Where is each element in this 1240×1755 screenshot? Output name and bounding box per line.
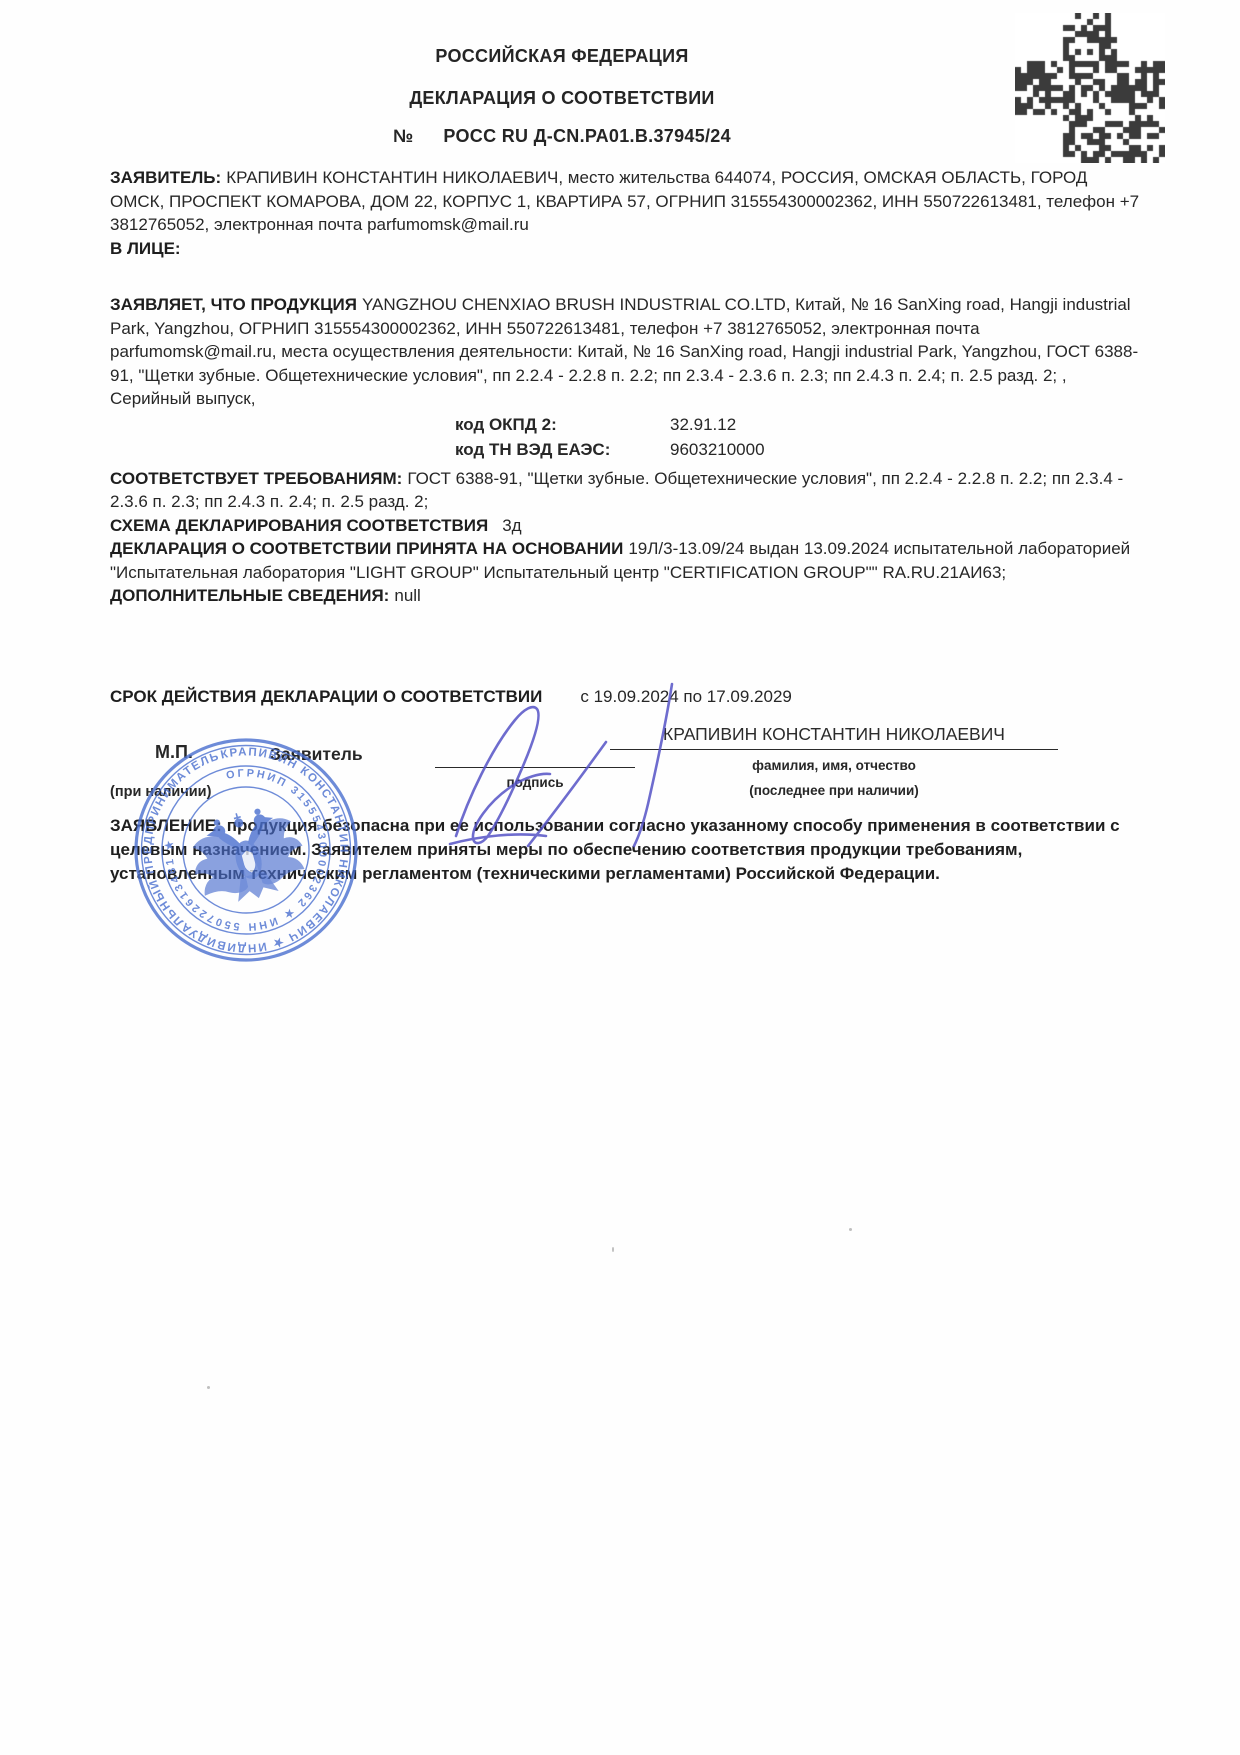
signature-caption: подпись	[435, 771, 635, 795]
signature-field: подпись	[435, 743, 635, 795]
applicant-paragraph: ЗАЯВИТЕЛЬ:КРАПИВИН КОНСТАНТИН НИКОЛАЕВИЧ…	[110, 166, 1142, 237]
basis-paragraph: ДЕКЛАРАЦИЯ О СООТВЕТСТВИИ ПРИНЯТА НА ОСН…	[110, 537, 1142, 584]
tnved-value: 9603210000	[670, 438, 765, 462]
document-title: ДЕКЛАРАЦИЯ О СООТВЕТСТВИИ	[0, 88, 1124, 109]
scheme-label: СХЕМА ДЕКЛАРИРОВАНИЯ СООТВЕТСТВИЯ	[110, 516, 488, 535]
scan-speck	[612, 1247, 614, 1252]
name-field: КРАПИВИН КОНСТАНТИН НИКОЛАЕВИЧ фамилия, …	[610, 723, 1058, 803]
statement-label: ЗАЯВЛЕНИЕ:	[110, 816, 222, 835]
scheme-value: 3д	[502, 516, 521, 535]
okpd-value: 32.91.12	[670, 413, 736, 437]
statement-text: продукция безопасна при ее использовании…	[110, 816, 1120, 883]
okpd-row: код ОКПД 2: 32.91.12	[110, 413, 1142, 437]
applicant-full-name: КРАПИВИН КОНСТАНТИН НИКОЛАЕВИЧ	[610, 723, 1058, 750]
scan-speck	[849, 1228, 852, 1231]
name-caption-2: (последнее при наличии)	[610, 779, 1058, 803]
number-sign: №	[393, 126, 413, 146]
in-person-label: В ЛИЦЕ:	[110, 237, 1142, 261]
tnved-row: код ТН ВЭД ЕАЭС: 9603210000	[110, 438, 1142, 462]
statement-paragraph: ЗАЯВЛЕНИЕ:продукция безопасна при ее исп…	[110, 814, 1142, 886]
signature-block: М.П. (при наличии) Заявитель подпись КРА…	[110, 729, 1142, 807]
document-page: РОССИЙСКАЯ ФЕДЕРАЦИЯ ДЕКЛАРАЦИЯ О СООТВЕ…	[0, 0, 1240, 1755]
additional-row: ДОПОЛНИТЕЛЬНЫЕ СВЕДЕНИЯ:null	[110, 584, 1142, 608]
document-number-row: №РОСС RU Д-CN.РА01.В.37945/24	[0, 126, 1124, 147]
qr-code	[1015, 13, 1165, 163]
additional-label: ДОПОЛНИТЕЛЬНЫЕ СВЕДЕНИЯ:	[110, 586, 389, 605]
product-paragraph: ЗАЯВЛЯЕТ, ЧТО ПРОДУКЦИЯYANGZHOU CHENXIAO…	[110, 293, 1142, 411]
scan-speck	[207, 1386, 210, 1389]
additional-value: null	[394, 586, 420, 605]
document-number: РОСС RU Д-CN.РА01.В.37945/24	[443, 126, 731, 146]
basis-label: ДЕКЛАРАЦИЯ О СООТВЕТСТВИИ ПРИНЯТА НА ОСН…	[110, 539, 623, 558]
name-caption: фамилия, имя, отчество	[610, 754, 1058, 778]
stamp-place-label: М.П.	[155, 741, 193, 765]
compliance-label: СООТВЕТСТВУЕТ ТРЕБОВАНИЯМ:	[110, 469, 402, 488]
product-label: ЗАЯВЛЯЕТ, ЧТО ПРОДУКЦИЯ	[110, 295, 357, 314]
okpd-label: код ОКПД 2:	[455, 413, 670, 437]
applicant-role-label: Заявитель	[270, 743, 363, 767]
applicant-label: ЗАЯВИТЕЛЬ:	[110, 168, 221, 187]
header-country: РОССИЙСКАЯ ФЕДЕРАЦИЯ	[0, 46, 1124, 67]
validity-label: СРОК ДЕЙСТВИЯ ДЕКЛАРАЦИИ О СООТВЕТСТВИИ	[110, 687, 542, 706]
signature-rule	[435, 743, 635, 768]
validity-value: с 19.09.2024 по 17.09.2029	[580, 687, 792, 706]
scheme-row: СХЕМА ДЕКЛАРИРОВАНИЯ СООТВЕТСТВИЯ3д	[110, 514, 1142, 538]
validity-row: СРОК ДЕЙСТВИЯ ДЕКЛАРАЦИИ О СООТВЕТСТВИИс…	[110, 685, 1142, 709]
compliance-paragraph: СООТВЕТСТВУЕТ ТРЕБОВАНИЯМ:ГОСТ 6388-91, …	[110, 467, 1142, 514]
document-body: ЗАЯВИТЕЛЬ:КРАПИВИН КОНСТАНТИН НИКОЛАЕВИЧ…	[110, 166, 1142, 886]
stamp-place-note: (при наличии)	[110, 781, 211, 805]
tnved-label: код ТН ВЭД ЕАЭС:	[455, 438, 670, 462]
applicant-text: КРАПИВИН КОНСТАНТИН НИКОЛАЕВИЧ, место жи…	[110, 168, 1139, 234]
